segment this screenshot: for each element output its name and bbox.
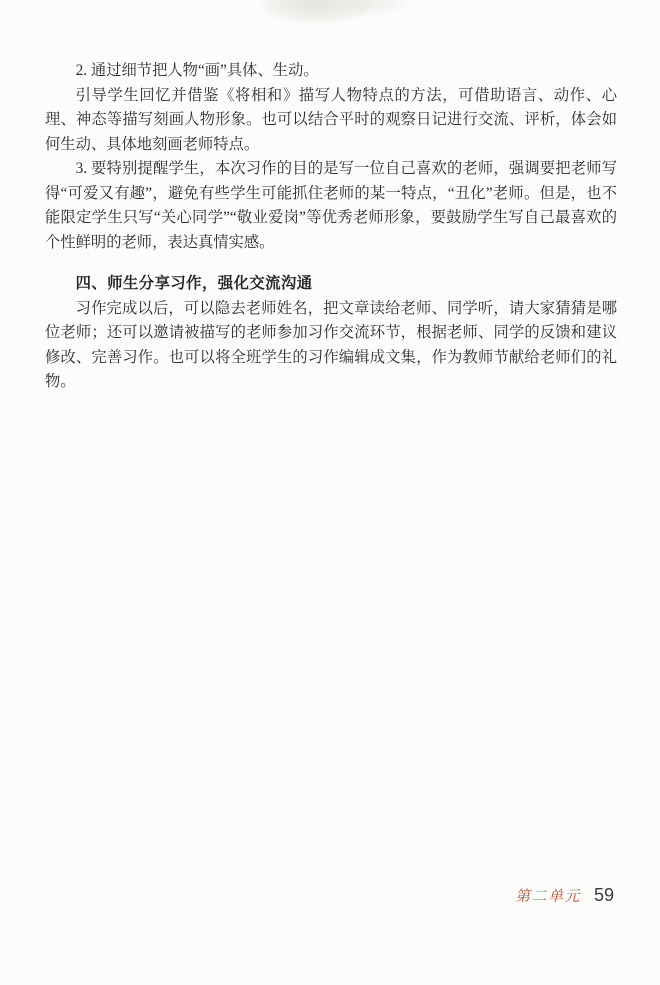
- body-paragraph-point-3: 3. 要特别提醒学生，本次习作的目的是写一位自己喜欢的老师，强调要把老师写得“可…: [45, 157, 617, 255]
- section-heading: 四、师生分享习作，强化交流沟通: [45, 272, 617, 297]
- page-number: 59: [594, 885, 614, 906]
- page-footer: 第二单元 59: [515, 885, 614, 906]
- body-paragraph-point-2: 2. 通过细节把人物“画”具体、生动。: [45, 59, 617, 84]
- document-page: 2. 通过细节把人物“画”具体、生动。 引导学生回忆并借鉴《将相和》描写人物特点…: [0, 0, 660, 985]
- unit-label: 第二单元: [515, 885, 581, 906]
- page-content: 2. 通过细节把人物“画”具体、生动。 引导学生回忆并借鉴《将相和》描写人物特点…: [45, 59, 617, 395]
- body-paragraph-sharing: 习作完成以后，可以隐去老师姓名，把文章读给老师、同学听，请大家猜猜是哪位老师；还…: [45, 297, 617, 395]
- body-paragraph-guidance: 引导学生回忆并借鉴《将相和》描写人物特点的方法，可借助语言、动作、心理、神态等描…: [45, 84, 617, 158]
